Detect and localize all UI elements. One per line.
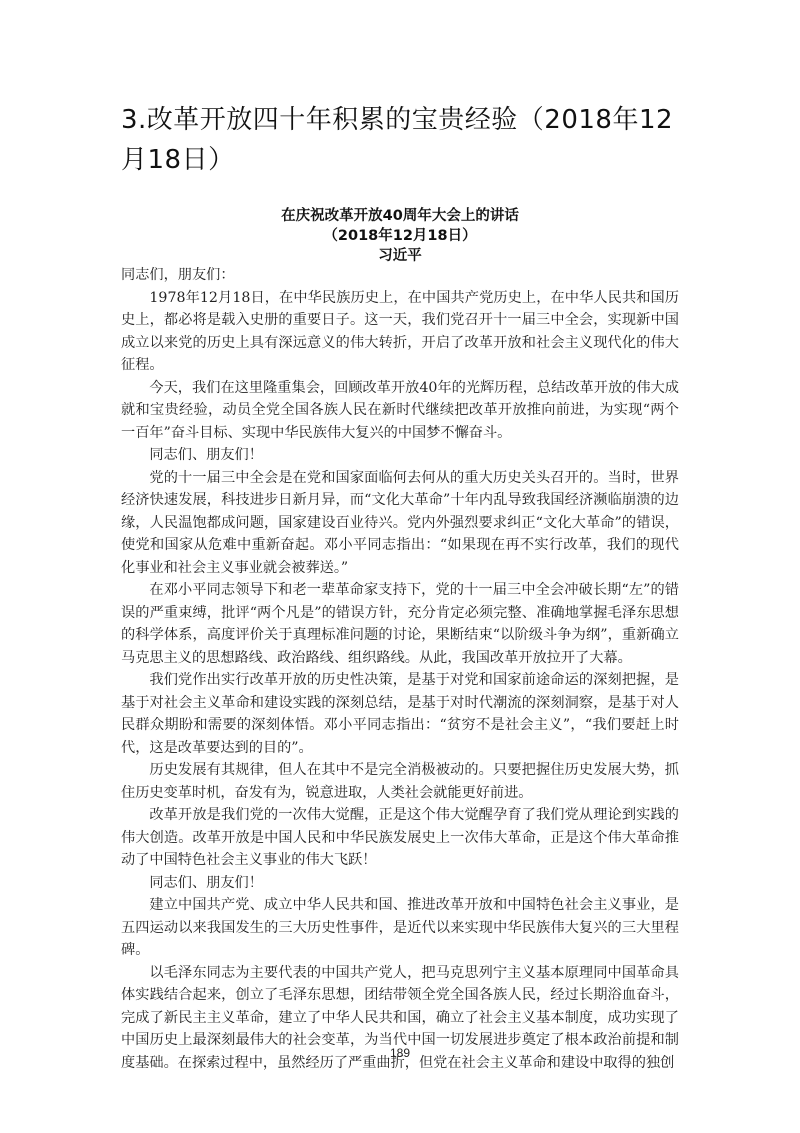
paragraph: 在邓小平同志领导下和老一辈革命家支持下，党的十一届三中全会冲破长期“左”的错误的… — [121, 579, 679, 669]
paragraph: 今天，我们在这里隆重集会，回顾改革开放40年的光辉历程，总结改革开放的伟大成就和… — [121, 377, 679, 445]
speech-title: 在庆祝改革开放40周年大会上的讲话 — [100, 204, 700, 225]
speech-date: （2018年12月18日） — [100, 224, 700, 245]
paragraph: 建立中国共产党、成立中华人民共和国、推进改革开放和中国特色社会主义事业，是五四运… — [121, 894, 679, 962]
paragraph: 我们党作出实行改革开放的历史性决策，是基于对党和国家前途命运的深刻把握，是基于对… — [121, 669, 679, 759]
salutation: 同志们，朋友们： — [121, 264, 679, 287]
paragraph: 历史发展有其规律，但人在其中不是完全消极被动的。只要把握住历史发展大势，抓住历史… — [121, 759, 679, 804]
page-number: 189 — [350, 1046, 450, 1060]
document-page: 3.改革开放四十年积累的宝贵经验（2018年12月18日） 在庆祝改革开放40周… — [0, 0, 800, 1133]
paragraph: 同志们、朋友们！ — [121, 872, 679, 895]
speech-author: 习近平 — [100, 244, 700, 265]
section-title: 3.改革开放四十年积累的宝贵经验（2018年12月18日） — [121, 100, 691, 180]
paragraph: 同志们、朋友们！ — [121, 444, 679, 467]
paragraph: 党的十一届三中全会是在党和国家面临何去何从的重大历史关头召开的。当时，世界经济快… — [121, 467, 679, 580]
paragraph: 1978年12月18日，在中华民族历史上，在中国共产党历史上，在中华人民共和国历… — [121, 287, 679, 377]
speech-body: 同志们，朋友们： 1978年12月18日，在中华民族历史上，在中国共产党历史上，… — [121, 264, 679, 1074]
paragraph: 改革开放是我们党的一次伟大觉醒，正是这个伟大觉醒孕育了我们党从理论到实践的伟大创… — [121, 804, 679, 872]
